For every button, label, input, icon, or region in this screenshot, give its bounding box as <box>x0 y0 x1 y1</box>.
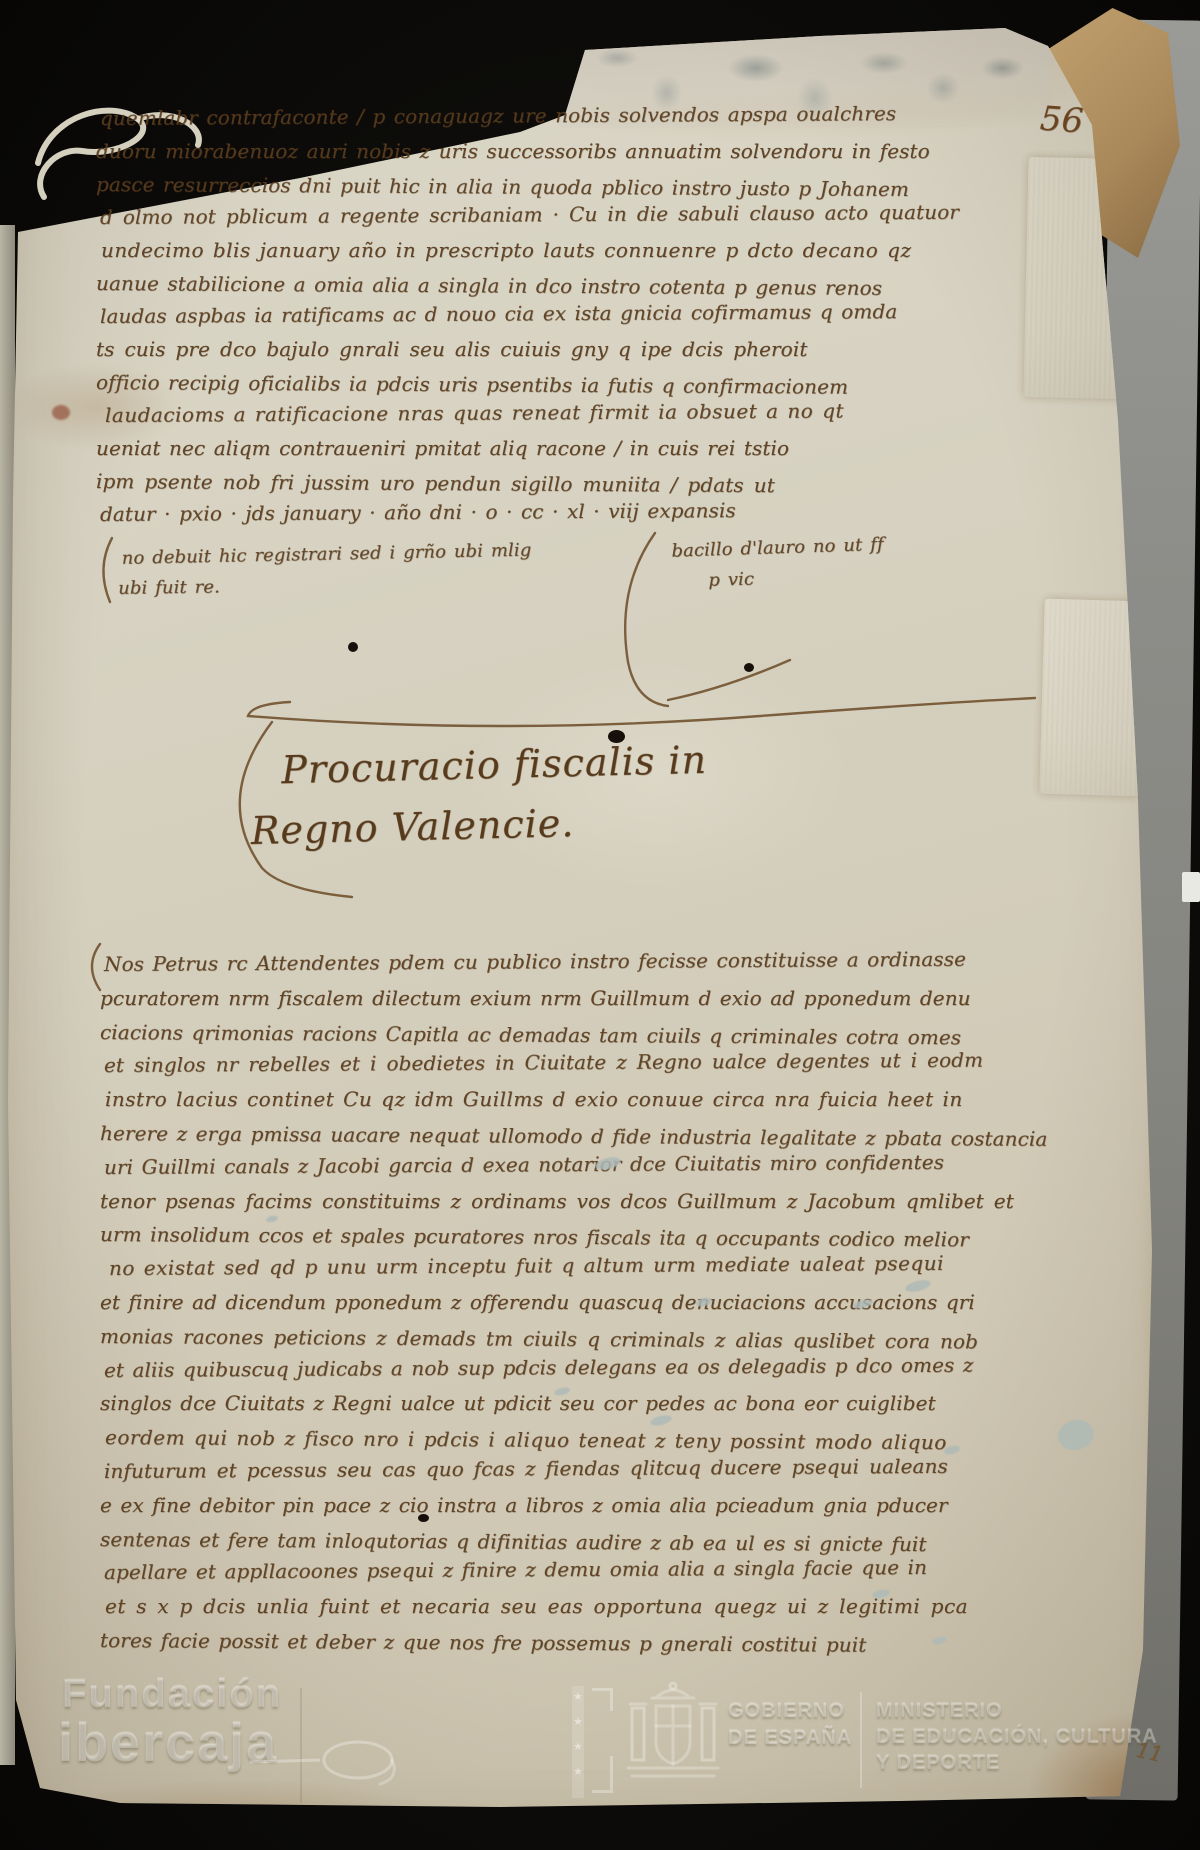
manuscript-line: tenor psenas facims constituims z ordina… <box>100 1189 1047 1223</box>
manuscript-line: apellare et appllacoones psequi z finire… <box>104 1555 1052 1595</box>
ibercaja-watermark-line2: ibercaja <box>58 1712 278 1774</box>
star-icon: ★ <box>573 1690 583 1703</box>
star-icon: ★ <box>573 1715 583 1728</box>
tissue-repair-patch <box>1039 599 1144 797</box>
scribe-note: bacillo d'lauro no ut ff p vic <box>667 535 881 601</box>
manuscript-line: p vic <box>708 565 881 600</box>
manuscript-line: singlos dce Ciuitats z Regni ualce ut pd… <box>100 1391 1047 1425</box>
manuscript-line: d olmo not pblicum a regente scribaniam … <box>100 200 959 238</box>
ibercaja-watermark-line1: Fundación <box>62 1672 282 1717</box>
paragraph-two: Nos Petrus rc Attendentes pdem cu public… <box>100 952 1047 1662</box>
manuscript-line: datur · pxio · jds january · año dni · o… <box>100 497 959 535</box>
manuscript-line: laudas aspbas ia ratificams ac d nouo ci… <box>100 299 959 337</box>
manuscript-line: et aliis quibuscuq judicabs a nob sup pd… <box>104 1352 1052 1392</box>
manuscript-line: tores facie possit et deber z que nos fr… <box>100 1628 1048 1668</box>
rubric-heading: Procuracio fiscalis in Regno Valencie. <box>281 730 710 860</box>
manuscript-line: et s x p dcis unlia fuint et necaria seu… <box>105 1594 1047 1628</box>
paragraph-one: quemlabr contrafaconte / p conaguagz ure… <box>96 106 955 535</box>
manuscript-line: duoru miorabenuoz auri nobis z uris succ… <box>96 139 955 172</box>
ministerio-watermark: MINISTERIO DE EDUCACIÓN, CULTURA Y DEPOR… <box>876 1698 1158 1776</box>
fold-crease <box>300 1688 302 1803</box>
star-icon: ★ <box>573 1765 583 1778</box>
heading-line: Regno Valencie. <box>250 790 709 861</box>
ministerio-line1: MINISTERIO <box>876 1698 1158 1724</box>
ministerio-line2: DE EDUCACIÓN, CULTURA <box>876 1724 1158 1750</box>
folio-number: 56 <box>1039 99 1085 142</box>
manuscript-line: et finire ad dicendum pponedum z offeren… <box>100 1290 1047 1324</box>
ink-blot <box>744 663 754 672</box>
manuscript-line: instro lacius continet Cu qz idm Guillms… <box>105 1087 1047 1121</box>
margin-note: no debuit hic registrari sed i grño ubi … <box>118 542 529 608</box>
ink-blot <box>608 730 625 743</box>
manuscript-line: e ex fine debitor pin pace z cio instra … <box>100 1493 1047 1527</box>
manuscript-line: infuturum et pcessus seu cas quo fcas z … <box>104 1453 1052 1493</box>
star-icon: ★ <box>573 1740 583 1753</box>
page-edge-notch <box>1182 872 1200 902</box>
photo-background: 56 quemlabr contrafaconte / p conaguagz … <box>0 0 1200 1850</box>
bracket-mark <box>592 1756 613 1793</box>
rust-stain <box>52 405 70 420</box>
manuscript-line: Nos Petrus rc Attendentes pdem cu public… <box>104 946 1052 986</box>
manuscript-line: uri Guillmi canals z Jacobi garcia d exe… <box>104 1149 1052 1189</box>
manuscript-line: quemlabr contrafaconte / p conaguagz ure… <box>100 101 959 139</box>
heading-line: Procuracio fiscalis in <box>281 730 708 800</box>
manuscript-line: ueniat nec aliqm contraueniri pmitat ali… <box>96 436 955 469</box>
watermark-divider <box>860 1692 862 1788</box>
manuscript-line: pcuratorem nrm fiscalem dilectum exium n… <box>100 986 1047 1020</box>
gobierno-watermark: GOBIERNO DE ESPAÑA <box>728 1698 852 1752</box>
gobierno-line1: GOBIERNO <box>728 1698 852 1725</box>
ink-blot <box>348 642 358 652</box>
manuscript-line: ubi fuit re. <box>118 572 528 608</box>
manuscript-line: laudacioms a ratificacione nras quas ren… <box>105 398 959 436</box>
manuscript-line: et singlos nr rebelles et i obedietes in… <box>104 1048 1052 1088</box>
bracket-mark <box>592 1688 613 1711</box>
manuscript-line: undecimo blis january año in prescripto … <box>101 238 955 271</box>
ink-blot <box>418 1514 429 1522</box>
manuscript-line: ts cuis pre dco bajulo gnrali seu alis c… <box>96 337 955 370</box>
gobierno-line2: DE ESPAÑA <box>728 1725 852 1752</box>
ministerio-line3: Y DEPORTE <box>876 1750 1158 1776</box>
